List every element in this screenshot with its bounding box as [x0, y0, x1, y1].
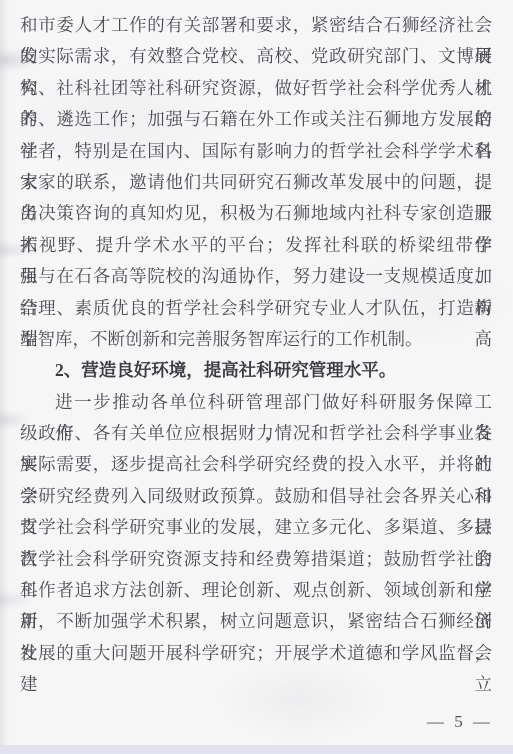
text-line: 大家的联系，邀请他们共同研究石狮改革发展中的问题，提出服 — [20, 167, 492, 198]
text-line: 务决策咨询的真知灼见，积极为石狮地域内社科专家创造开拓学 — [20, 198, 492, 229]
text-block: 和市委人才工作的有关部署和要求，紧密结合石狮经济社会发展的实际需求，有效整合党校… — [20, 10, 492, 669]
text-line: 学研究经费列入同级财政预算。鼓励和倡导社会各界关心和支持 — [20, 481, 492, 512]
text-line: 发展的重大问题开展科学研究；开展学术道德和学风监督，建立 — [20, 638, 492, 669]
text-line: 强与在石各高等院校的沟通协作，努力建设一支规模适度、结构 — [20, 261, 492, 292]
text-line: 术视野、提升学术水平的平台；发挥社科联的桥梁纽带作用，加 — [20, 230, 492, 261]
scan-edge-strip — [0, 745, 513, 754]
text-line: 工作者追求方法创新、理论创新、观点创新、领域创新和应用创 — [20, 575, 492, 606]
text-line: 级政府、各有关单位应根据财力情况和哲学社会科学事业发展的 — [20, 418, 492, 449]
text-line: 哲学社会科学研究事业的发展，建立多元化、多渠道、多层次的 — [20, 512, 492, 543]
text-line: 进一步推动各单位科研管理部门做好科研服务保障工作，各 — [20, 387, 492, 418]
text-line: 哲学社会科学研究资源支持和经费筹措渠道；鼓励哲学社会科学 — [20, 544, 492, 575]
section-heading: 2、营造良好环境，提高社科研究管理水平。 — [20, 355, 492, 386]
text-line: 实际需要，逐步提高社会科学研究经费的投入水平，并将社会科 — [20, 449, 492, 480]
text-line: 端智库，不断创新和完善服务智库运行的工作机制。 — [20, 324, 492, 355]
text-line: 构、社科社团等社科研究资源，做好哲学社会科学优秀人才的培 — [20, 73, 492, 104]
text-line: 和市委人才工作的有关部署和要求，紧密结合石狮经济社会发展 — [20, 10, 492, 41]
text-line: 的实际需求，有效整合党校、高校、党政研究部门、文博研究机 — [20, 41, 492, 72]
text-line: 新，不断加强学术积累，树立问题意识，紧密结合石狮经济社会 — [20, 606, 492, 637]
text-line: 学者，特别是在国内、国际有影响力的哲学社会科学学术名家、 — [20, 136, 492, 167]
scanned-document-page: 和市委人才工作的有关部署和要求，紧密结合石狮经济社会发展的实际需求，有效整合党校… — [0, 0, 513, 754]
text-line: 合理、素质优良的哲学社会科学研究专业人才队伍，打造新型高 — [20, 293, 492, 324]
text-line: 养、遴选工作；加强与石籍在外工作或关注石狮地方发展的社科 — [20, 104, 492, 135]
page-number: — 5 — — [427, 712, 493, 732]
